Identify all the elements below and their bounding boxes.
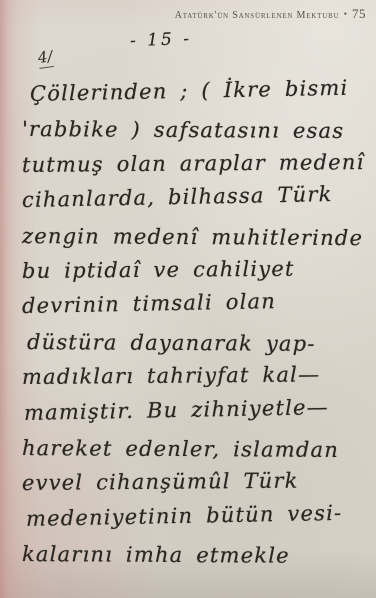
- handwritten-letter-body: Çöllerinden ; ( İkre bismi 'rabbike ) sa…: [22, 77, 368, 573]
- manuscript-line: mamiştir. Bu zihniyetle—: [22, 389, 369, 431]
- book-page-number: 75: [352, 6, 366, 21]
- manuscript-line: Çöllerinden ; ( İkre bismi: [22, 70, 369, 112]
- manuscript-line: devrinin timsali olan: [22, 283, 369, 325]
- manuscript-line: kalarını imha etmekle: [22, 537, 368, 575]
- running-header: Atatürk'ün Sansürlenen Mektubu • 75: [175, 6, 366, 22]
- running-header-title: Atatürk'ün Sansürlenen Mektubu: [175, 10, 340, 21]
- manuscript-line: 'rabbike ) safsatasını esas: [22, 112, 368, 150]
- manuscript-line: medeniyetinin bütün vesi-: [22, 495, 369, 537]
- handwritten-page-number: - 15 -: [130, 29, 193, 51]
- handwritten-margin-mark: 4/: [37, 47, 54, 69]
- manuscript-line: cihanlarda, bilhassa Türk: [22, 177, 369, 219]
- header-separator-dot: •: [343, 9, 349, 19]
- scanned-book-page: Atatürk'ün Sansürlenen Mektubu • 75 - 15…: [0, 0, 376, 598]
